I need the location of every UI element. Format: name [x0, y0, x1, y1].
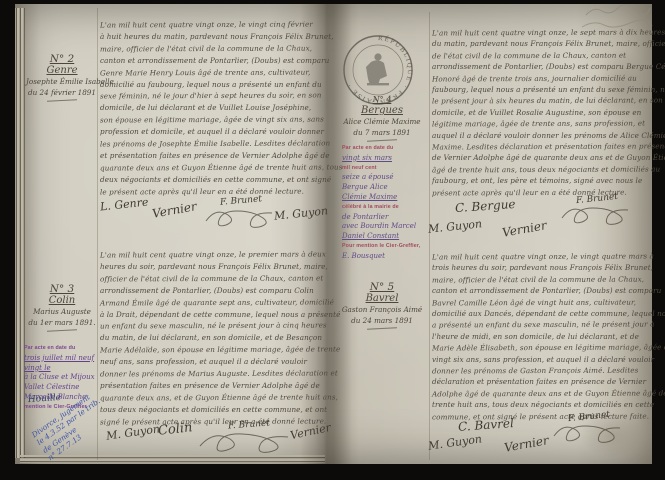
hand-line: auquel il a déclaré vouloir donner les p…: [432, 130, 650, 141]
act-number: N° 3: [26, 284, 98, 295]
hand-line: maire, officier de l'état civil de la co…: [432, 273, 650, 285]
hand-line: quarante deux ans et Guyon Étienne âgé d…: [100, 161, 324, 174]
hand-line: Bergue Alice: [342, 183, 426, 193]
hand-line: donner les prénoms de Marius Auguste. Le…: [100, 368, 324, 381]
hand-line: trois juillet mil neuf: [24, 354, 100, 364]
act-surname: Bergues: [340, 105, 424, 116]
hand-line: faubourg, et ont, les père et témoins, s…: [432, 175, 650, 186]
hand-line: neuf ans, sans profession, et auquel il …: [100, 356, 324, 368]
hand-line: canton et arrondissement de Pontarlier, …: [100, 55, 324, 67]
hand-line: âgé de trente huit ans, tous deux négoci…: [432, 163, 650, 175]
hand-line: L'an mil huit cent quatre vingt onze, le…: [432, 27, 650, 39]
hand-line: Honoré âgé de trente trois ans, journali…: [432, 72, 650, 84]
hand-line: vingt le: [24, 364, 100, 374]
margin-note-act-3: N° 3 Colin Marius Auguste du 1er mars 18…: [26, 284, 98, 331]
hand-line: Par acte en date du: [342, 144, 426, 154]
hand-line: vingt six ans, sans profession, et auque…: [432, 354, 650, 365]
hand-line: heures du soir, pardevant nous François …: [100, 261, 324, 273]
hand-line: de Pontarlier: [342, 213, 426, 223]
birth-act-text-bavrel: L'an mil huit cent quatre vingt onze, le…: [432, 251, 650, 422]
act-date: du 7 mars 1891: [340, 127, 424, 138]
hand-line: profession et domicile, et auquel il a d…: [100, 126, 324, 138]
hand-line: célébré à la mairie de: [342, 203, 426, 213]
hand-line: du matin, pardevant nous François Félix …: [432, 38, 650, 49]
hand-line: L'an mil huit cent quatre vingt onze, le…: [100, 249, 324, 262]
margin-note-act-2: N° 2 Genre Josephte Émilie Isabelle du 2…: [26, 54, 98, 101]
hand-line: maire, officier de l'état civil de la co…: [100, 42, 324, 55]
hand-line: tous deux négociants et domiciliés en ce…: [100, 404, 324, 416]
hand-line: Clémie Maxime: [342, 193, 426, 203]
hand-line: du matin, de lui déclarant, en son domic…: [100, 332, 324, 344]
act-given-names: Gaston François Aimé: [340, 304, 424, 315]
act-date: du 1er mars 1891.: [26, 317, 98, 328]
hand-line: arrondissement de Pontarlier, (Doubs) es…: [432, 61, 650, 72]
act-surname: Bavrel: [340, 293, 424, 304]
hand-line: déclaration et présentation faites en pr…: [432, 376, 650, 387]
act-number: N° 2: [26, 54, 98, 65]
hand-line: à la Cluse et Mijoux: [24, 373, 100, 383]
hand-line: L'an mil huit cent quatre vingt onze, le…: [432, 251, 650, 263]
hand-line: donner les prénoms de Gaston François Ai…: [432, 365, 650, 377]
hand-line: les prénoms de Josephte Émilie Isabelle.…: [100, 138, 324, 151]
hand-line: présentation faites en présence de Verni…: [100, 380, 324, 392]
act-number: N° 4: [340, 94, 424, 105]
hand-line: canton et arrondissement de Pontarlier, …: [432, 285, 650, 296]
hand-line: vingt six mars: [342, 154, 426, 164]
birth-act-text-genre: L'an mil huit cent quatre vingt onze, le…: [100, 19, 324, 198]
act-surname: Genre: [26, 65, 98, 76]
hand-line: sexe féminin, né le jour d'hier à sept h…: [100, 90, 324, 103]
margin-note-act-4: N° 4 Bergues Alice Clémie Maxime du 7 ma…: [340, 94, 424, 141]
seated-figure-icon: [366, 53, 389, 85]
hand-line: Pour mention le Cier-Greffier,: [342, 242, 426, 252]
hand-line: de l'état civil de la commune de la Chau…: [432, 49, 650, 61]
signature-flourish: [202, 205, 278, 231]
hand-line: arrondissement de Pontarlier, (Doubs) es…: [100, 285, 324, 297]
hand-line: officier de l'état civil de la commune d…: [100, 272, 324, 285]
hand-line: L'an mil huit cent quatre vingt onze, le…: [100, 19, 324, 32]
right-margin-rule: [429, 12, 430, 460]
act-number: N° 5: [340, 282, 424, 293]
hand-line: à huit heures du matin, pardevant nous F…: [100, 31, 324, 43]
marriage-mention-stamp-right: Par acte en date duvingt six marsmil neu…: [342, 144, 426, 262]
act-surname: Colin: [26, 295, 98, 306]
hand-line: à la Drait, dépendant de cette commune, …: [100, 309, 324, 321]
hand-line: légitime mariage, âgée de trente ans, sa…: [432, 118, 650, 130]
hand-line: un enfant du sexe masculin, né le présen…: [100, 320, 324, 333]
birth-act-text-colin: L'an mil huit cent quatre vingt onze, le…: [100, 249, 324, 428]
hand-line: quarante deux ans, et de Guyon Étienne â…: [100, 391, 324, 404]
hand-line: et présentation faites en présence de Ve…: [100, 150, 324, 162]
margin-note-act-5: N° 5 Bavrel Gaston François Aimé du 24 m…: [340, 282, 424, 329]
hand-line: Adolphe âgé de quarante deux ans et de G…: [432, 387, 650, 399]
signature-flourish: [558, 202, 634, 228]
act-date: du 24 mars 1891: [340, 315, 424, 326]
hand-line: Armand Émile âgé de quarante sept ans, c…: [100, 296, 324, 309]
hand-line: avec Bourdin Marcel: [342, 222, 426, 232]
birth-act-text-bergue: L'an mil huit cent quatre vingt onze, le…: [432, 27, 650, 198]
hand-line: seize a épousé: [342, 173, 426, 183]
signature-flourish: [550, 420, 626, 446]
hand-line: a présenté un enfant du sexe masculin, n…: [432, 319, 650, 331]
act-date: du 24 février 1891: [26, 87, 98, 98]
hand-line: de Vernier Adolphe âgé de quarante deux …: [432, 152, 650, 163]
hand-line: E. Bousquet: [342, 252, 426, 262]
hand-line: trois heures du soir, pardevant nous Fra…: [432, 262, 650, 273]
hand-line: son épouse en légitime mariage, âgée de …: [100, 114, 324, 127]
hand-line: Maxime. Lesdites déclaration et présenta…: [432, 141, 650, 153]
hand-line: Marie Adélaïde, son épouse en légitime m…: [100, 344, 324, 357]
hand-line: l'heure de midi, en son domicile, de lui…: [432, 331, 650, 342]
hand-line: Bavrel Camille Léon âgé de vingt huit an…: [432, 296, 650, 308]
act-given-names: Josephte Émilie Isabelle: [26, 76, 98, 87]
hand-line: trente huit ans, tous deux négociants et…: [432, 399, 650, 410]
hand-line: domicilié au faubourg, lequel nous a pré…: [100, 79, 324, 91]
hand-line: domicile, de lui déclarant et de Vuillet…: [100, 102, 324, 114]
hand-line: le présent jour à six heures du matin, d…: [432, 95, 650, 107]
hand-line: domicile, et de Vuillet Rosalie Augustin…: [432, 107, 650, 118]
hand-line: deux négociants et domiciliés en cette c…: [100, 174, 324, 186]
scanned-register-photo: N° 2 Genre Josephte Émilie Isabelle du 2…: [0, 0, 665, 480]
act-given-names: Marius Auguste: [26, 306, 98, 317]
hand-line: mil neuf cent: [342, 164, 426, 174]
hand-line: Daniel Constant: [342, 232, 426, 242]
hand-line: Genre Marie Henry Louis âgé de trente an…: [100, 66, 324, 79]
act-given-names: Alice Clémie Maxime: [340, 116, 424, 127]
hand-line: Marie Adèle Élisabeth, son épouse en lég…: [432, 342, 650, 354]
hand-line: Par acte en date du: [24, 344, 100, 354]
